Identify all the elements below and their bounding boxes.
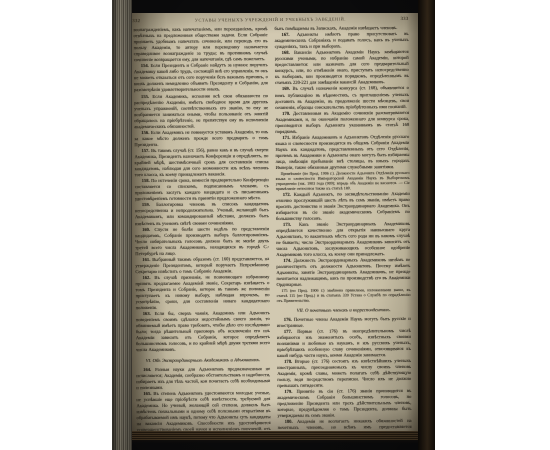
article-number: 180. [285,419,297,424]
article-number: 167. [282,32,297,37]
article-paragraph: 164. Разныя науки для Адъюнктовъ предназ… [136,366,270,391]
text-column-left: вознагражденіемъ, какъ напечатаніемъ, ил… [133,26,270,431]
article-paragraph: 163. Если бы, сверхъ чаянія, Академикъ и… [136,310,270,353]
article-paragraph: 155. Если Академикъ, исполняя всѣ свои о… [134,93,268,130]
article-paragraph: 180. Академія не возлагаетъ никакихъ обя… [278,418,412,430]
section-heading: VII. О почетныхъ членахъ и корреспондент… [282,307,406,314]
running-header: 332 УСТАВЫ УЧЕНЫХЪ УЧРЕЖДЕНІЙ И УЧЕБНЫХЪ… [132,16,408,24]
article-number: 162. [142,275,154,280]
article-paragraph: 179. Принятіе въ сіи (ст. 176) званія пр… [277,388,411,419]
article-number: 177. [284,329,297,334]
article-number: 155. [141,93,152,98]
article-paragraph: 177. Первые (ст. 176) въ неопредѣлительн… [277,328,411,359]
article-number: 157. [141,148,151,153]
left-column-number: 332 [132,19,140,24]
article-paragraph: 173. Какъ званіе Экстраординарныхъ Акаде… [276,221,410,258]
article-paragraph: 172. Каждый Адъюнктъ, по засвидѣтельство… [276,190,410,221]
article-paragraph: 168. Вакансіи Адъюнктовъ Академіи Наукъ … [275,49,409,86]
article-paragraph: 158. По истеченіи срока, комиссія предва… [135,177,269,202]
article-paragraph: 176. Почетные члены Академіи Наукъ могут… [277,316,411,329]
article-number: 156. [141,130,151,135]
article-paragraph: 171. Избраніе Академиковъ и Адъюнктовъ О… [275,134,409,171]
article-paragraph: 156. Если Академикъ не повинуется устава… [134,129,268,148]
article-number: 172. [283,191,294,196]
bookshop-photo-canvas: 332 УСТАВЫ УЧЕНЫХЪ УЧРЕЖДЕНІЙ И УЧЕБНЫХЪ… [0,0,550,450]
book-photograph: 332 УСТАВЫ УЧЕНЫХЪ УЧРЕЖДЕНІЙ И УЧЕБНЫХЪ… [112,0,435,450]
article-paragraph: 178. Вторые (ст. 176) состоятъ изъ извѣс… [277,358,411,389]
article-number: 164. [143,367,155,372]
article-number: 170. [282,111,293,116]
page-block-bottom-edge [132,431,418,450]
article-number: 173. [283,222,299,227]
page-fore-edge-stack [112,0,132,450]
footnote-text: 175 (по Прод. 1906 г.) замѣнена правилам… [277,287,411,303]
book-page: 332 УСТАВЫ УЧЕНЫХЪ УЧРЕЖДЕНІЙ И УЧЕБНЫХЪ… [132,13,418,431]
article-number: 154. [141,63,151,68]
article-number: 159. [142,202,156,207]
article-number: 178. [284,359,295,364]
article-number: 160. [142,226,154,231]
article-number: 161. [142,257,152,262]
right-column-number: 333 [401,17,409,22]
article-paragraph: 160. Спустя не болѣе шести недѣль по пре… [135,226,269,257]
article-number: 176. [284,316,294,321]
book-cover-edge [418,0,435,450]
section-heading: VI. Объ Экстраординарныхъ Академикахъ и … [141,357,265,364]
article-paragraph: 154. Если Президентъ и Собраніе найдутъ … [134,62,268,93]
article-paragraph: вознагражденіемъ, какъ напечатаніемъ, ил… [133,26,267,63]
article-number: 168. [282,50,294,55]
footnote-text: Примѣчаніе (по Прод. 1906 г.). Должности… [276,170,410,191]
article-number: 169. [282,86,293,91]
article-paragraph: 169. Въ случаѣ назначенія конкурса (ст. … [275,85,409,110]
article-paragraph: 165. Въ степень Адъюнктовъ удостоиваются… [136,390,270,431]
text-columns: вознагражденіемъ, какъ напечатаніемъ, ил… [133,25,411,431]
article-paragraph: 167. Адъюнкты имѣютъ право присутствоват… [275,31,409,50]
article-paragraph: 161. Выбранный такимъ образомъ (ст. 160)… [135,256,269,275]
article-paragraph: 170. Доставленныя въ Академію сочиненія … [275,110,409,135]
text-column-right: быть помѣщаемы въ Запискахъ, Академія из… [274,25,411,430]
article-number: 171. [282,135,292,140]
article-number: 174. [283,258,293,263]
running-title: УСТАВЫ УЧЕНЫХЪ УЧРЕЖДЕНІЙ И УЧЕБНЫХЪ ЗАВ… [140,16,400,23]
article-number: 158. [142,178,152,183]
article-paragraph: 162. Въ случаѣ признанія, не позволяющаг… [135,274,269,311]
article-number: 163. [143,311,155,316]
article-paragraph: 157. Въ такомъ случаѣ (ст. 156), равно к… [134,147,268,178]
article-paragraph: 174. Должность Экстраординарныхъ Академи… [276,257,410,288]
page-content: 332 УСТАВЫ УЧЕНЫХЪ УЧРЕЖДЕНІЙ И УЧЕБНЫХЪ… [132,13,418,431]
article-paragraph: 159. Баллотировка членовъ въ списокъ кан… [135,201,269,226]
article-number: 179. [284,389,296,394]
article-number: 165. [143,391,153,396]
